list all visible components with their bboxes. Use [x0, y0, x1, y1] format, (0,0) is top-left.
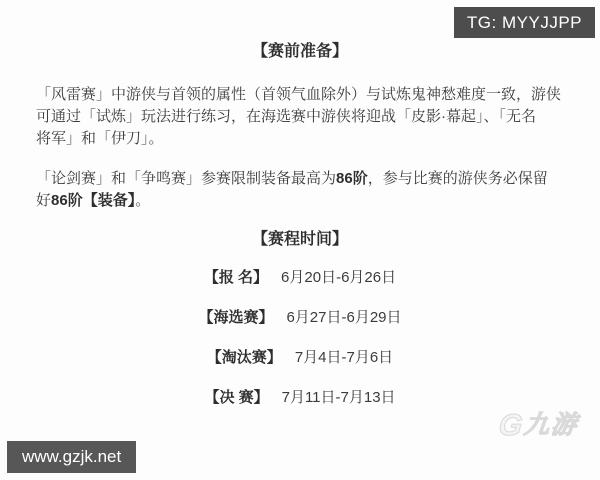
- paragraph-equipment-line2: 好86阶【装备】。: [36, 190, 564, 212]
- paragraph-rules-line3: 将军」和「伊刀」。: [36, 128, 564, 150]
- schedule-dates: 7月11日-7月13日: [282, 389, 396, 406]
- paragraph-rules: 「风雷赛」中游侠与首领的属性（首领气血除外）与试炼鬼神愁难度一致，游侠 可通过「…: [36, 84, 564, 150]
- schedule-row-knockout: 【淘汰赛】7月4日-7月6日: [36, 349, 564, 366]
- equipment-tier-bold: 86阶【装备】: [51, 192, 135, 209]
- jiuyou-g-icon: G: [497, 409, 524, 442]
- schedule-label: 【报 名】: [204, 269, 268, 286]
- site-url-badge: www.gzjk.net: [7, 441, 136, 473]
- schedule-dates: 6月27日-6月29日: [286, 309, 401, 326]
- tg-contact-badge: TG: MYYJJPP: [454, 7, 595, 38]
- equipment-text: ，参与比赛的游侠务必保留: [368, 170, 548, 187]
- paragraph-rules-line2: 可通过「试炼」玩法进行练习，在海选赛中游侠将迎战「皮影·幕起」、「无名: [36, 106, 564, 128]
- schedule-label: 【海选赛】: [198, 309, 273, 326]
- schedule-dates: 7月4日-7月6日: [295, 349, 393, 366]
- schedule-row-qualifiers: 【海选赛】6月27日-6月29日: [36, 309, 564, 326]
- section-title-schedule: 【赛程时间】: [36, 232, 564, 248]
- section-title-preparation: 【赛前准备】: [36, 44, 564, 60]
- schedule-label: 【决 赛】: [204, 389, 268, 406]
- equipment-text: 好: [36, 192, 51, 209]
- schedule-row-finals: 【决 赛】7月11日-7月13日: [36, 389, 564, 406]
- equipment-text: 。: [135, 192, 150, 209]
- jiuyou-logo-text: 九游: [522, 411, 579, 439]
- schedule-dates: 6月20日-6月26日: [281, 269, 396, 286]
- jiuyou-logo-watermark: G九游: [497, 405, 580, 443]
- schedule-label: 【淘汰赛】: [207, 349, 282, 366]
- paragraph-rules-line1: 「风雷赛」中游侠与首领的属性（首领气血除外）与试炼鬼神愁难度一致，游侠: [36, 84, 564, 106]
- equipment-tier-bold: 86阶: [336, 170, 368, 187]
- article-content: 【赛前准备】 「风雷赛」中游侠与首领的属性（首领气血除外）与试炼鬼神愁难度一致，…: [0, 0, 600, 406]
- schedule-row-registration: 【报 名】6月20日-6月26日: [36, 269, 564, 286]
- article-image: TG: MYYJJPP 【赛前准备】 「风雷赛」中游侠与首领的属性（首领气血除外…: [0, 0, 600, 480]
- paragraph-equipment-line1: 「论剑赛」和「争鸣赛」参赛限制装备最高为86阶，参与比赛的游侠务必保留: [36, 168, 564, 190]
- paragraph-equipment: 「论剑赛」和「争鸣赛」参赛限制装备最高为86阶，参与比赛的游侠务必保留 好86阶…: [36, 168, 564, 212]
- equipment-text: 「论剑赛」和「争鸣赛」参赛限制装备最高为: [36, 170, 336, 187]
